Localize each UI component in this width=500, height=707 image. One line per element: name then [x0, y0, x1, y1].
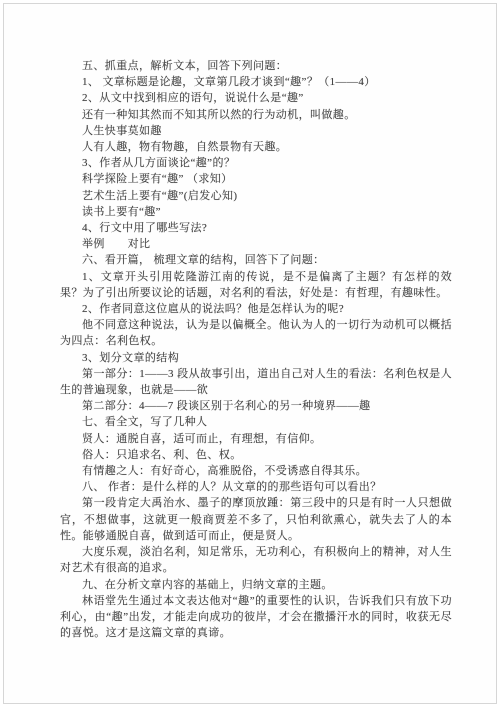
paragraph: 2、从文中找到相应的语句，说说什么是“趣” [60, 90, 452, 106]
paragraph: 还有一种知其然而不知其所以然的行为动机，叫做趣。 [60, 107, 452, 123]
paragraph: 大度乐观，淡泊名利，知足常乐，无功利心，有积极向上的精神，对人生对艺术有很高的追… [60, 544, 452, 576]
paragraph: 1、文章开头引用乾隆游江南的传说，是不是偏离了主题？有怎样的效果？为了引出所要议… [60, 269, 452, 301]
paragraph: 艺术生活上要有“趣”(启发心知) [60, 188, 452, 204]
paragraph: 3、划分文章的结构 [60, 350, 452, 366]
document-page: 五、抓重点，解析文本，回答下列问题：1、 文章标题是论趣，文章第几段才谈到“趣”… [3, 3, 497, 704]
paragraph: 科学探险上要有“趣” （求知） [60, 171, 452, 187]
paragraph: 读书上要有“趣” [60, 204, 452, 220]
paragraph: 第二部分：4——7 段谈区别于名利心的另一种境界——趣 [60, 398, 452, 414]
paragraph: 第一部分：1——3 段从故事引出，道出自己对人生的看法：名利色权是人生的普遍现象… [60, 366, 452, 398]
document-body: 五、抓重点，解析文本，回答下列问题：1、 文章标题是论趣，文章第几段才谈到“趣”… [60, 58, 452, 641]
paragraph: 林语堂先生通过本文表达他对“趣”的重要性的认识，告诉我们只有放下功利心，由“趣”… [60, 593, 452, 642]
paragraph: 4、行文中用了哪些写法? [60, 220, 452, 236]
paragraph: 人有人趣，物有物趣，自然景物有天趣。 [60, 139, 452, 155]
paragraph: 第一段肯定大禹治水、墨子的摩顶放踵：第三段中的只是有时一人只想做官，不想做事，这… [60, 495, 452, 544]
paragraph: 九、在分析文章内容的基础上，归纳文章的主题。 [60, 577, 452, 593]
paragraph: 2、作者同意这位扈从的说法吗？他是怎样认为的呢? [60, 301, 452, 317]
paragraph: 有情趣之人：有好奇心，高雅脱俗，不受诱惑自得其乐。 [60, 463, 452, 479]
paragraph: 六、看开篇， 梳理文章的结构，回答下了问题： [60, 252, 452, 268]
paragraph: 举例 对比 [60, 236, 452, 252]
paragraph: 俗人：只追求名、利、色、权。 [60, 447, 452, 463]
paragraph: 3、作者从几方面谈论“趣”的？ [60, 155, 452, 171]
paragraph: 他不同意这种说法，认为是以偏概全。他认为人的一切行为动机可以概括为四点：名利色权… [60, 317, 452, 349]
paragraph: 五、抓重点，解析文本，回答下列问题： [60, 58, 452, 74]
paragraph: 人生快事莫如趣 [60, 123, 452, 139]
paragraph: 七、看全文，写了几种人 [60, 414, 452, 430]
paragraph: 八、 作者：是什么样的人？从文章的的那些语句可以看出？ [60, 479, 452, 495]
paragraph: 贤人：通脱自喜，适可而止，有理想，有信仰。 [60, 431, 452, 447]
paragraph: 1、 文章标题是论趣，文章第几段才谈到“趣”？（1——4） [60, 74, 452, 90]
